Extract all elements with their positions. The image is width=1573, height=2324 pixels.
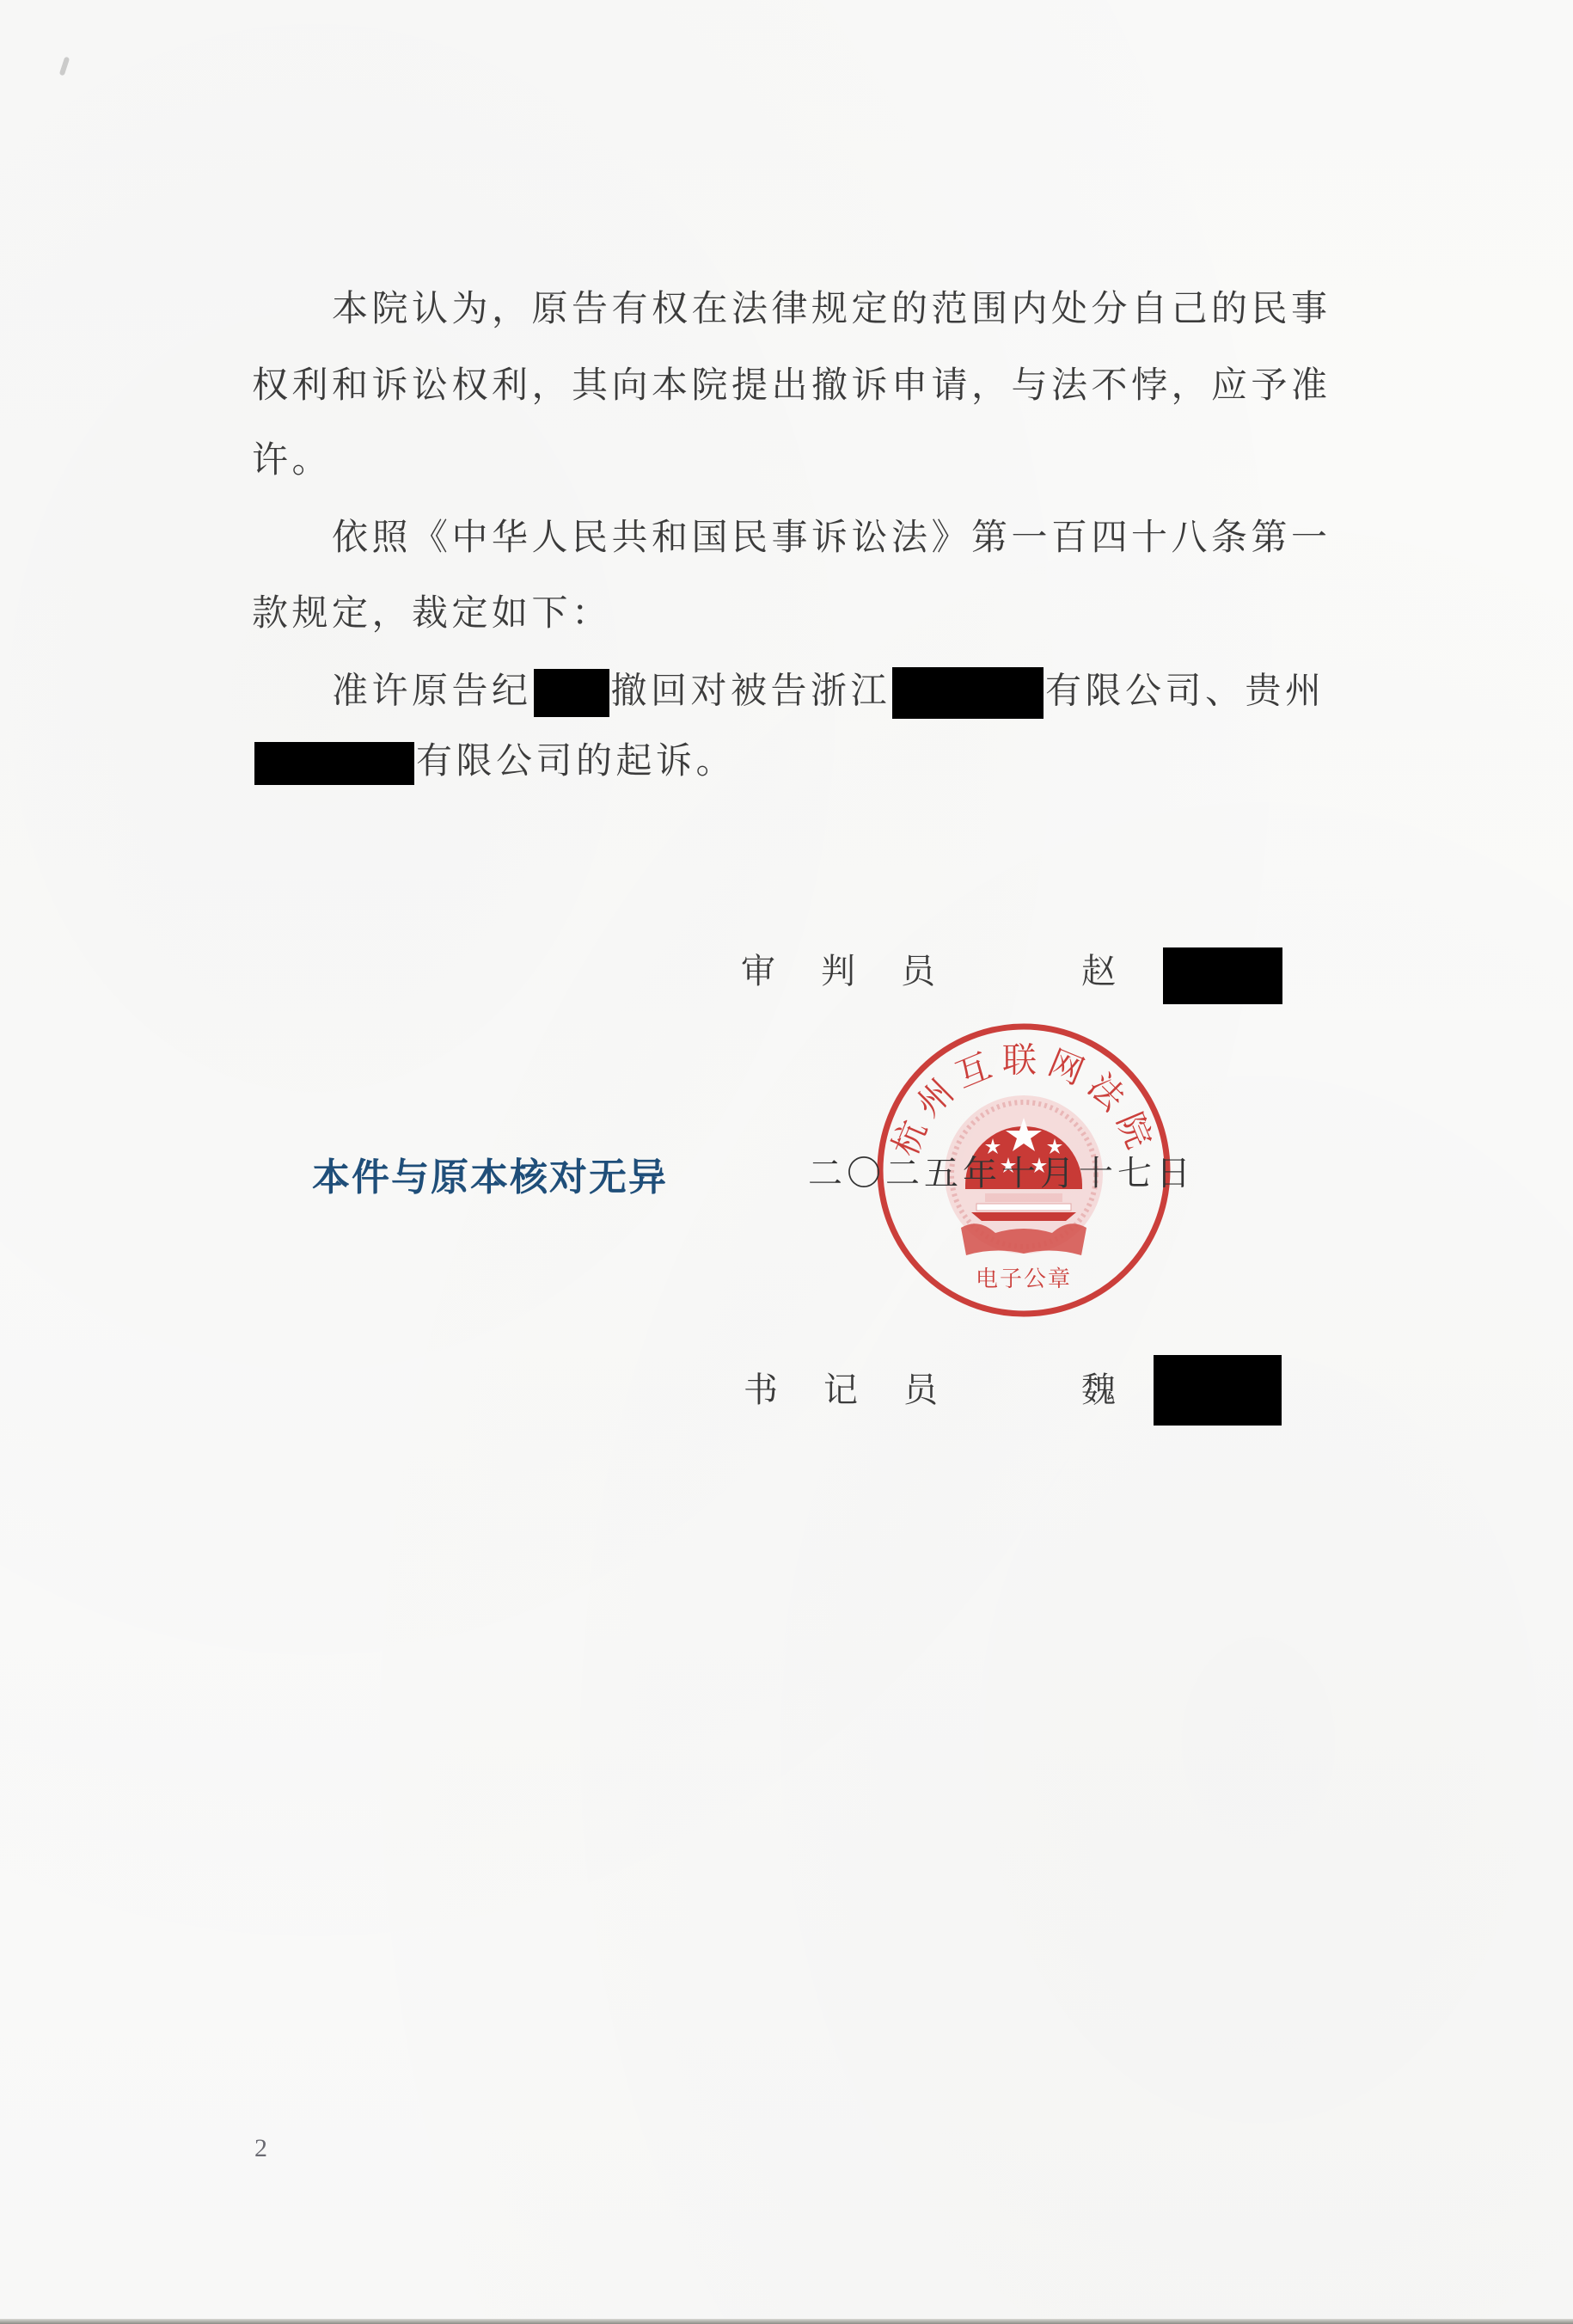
paper-bottom-edge bbox=[0, 2319, 1573, 2324]
page-number: 2 bbox=[254, 2134, 267, 2163]
clerk-label: 书记员 bbox=[744, 1369, 983, 1412]
redaction-clerk-name bbox=[1154, 1355, 1282, 1426]
judge-label-char: 判 bbox=[821, 950, 901, 993]
redaction-judge-name bbox=[1163, 947, 1282, 1004]
paragraph-1-line-3: 许。 bbox=[252, 438, 332, 481]
judge-surname: 赵 bbox=[1081, 950, 1116, 993]
redaction-defendant-2 bbox=[254, 742, 414, 785]
certification-stamp: 本件与原本核对无异 bbox=[312, 1156, 668, 1200]
clerk-label-char: 记 bbox=[823, 1369, 903, 1412]
judge-label-char: 员 bbox=[901, 950, 981, 993]
ruling-text-withdraw: 撤回对被告浙江 bbox=[611, 670, 891, 712]
judge-label: 审判员 bbox=[741, 950, 981, 993]
paper-speck bbox=[59, 57, 70, 77]
ruling-date: 二〇二五年十月十七日 bbox=[808, 1152, 1195, 1195]
paragraph-1-line-1: 本院认为，原告有权在法律规定的范围内处分自己的民事 bbox=[332, 287, 1331, 330]
seal-bottom-text: 电子公章 bbox=[976, 1266, 1072, 1292]
paragraph-2-line-1: 依照《中华人民共和国民事诉讼法》第一百四十八条第一 bbox=[332, 516, 1331, 559]
clerk-surname: 魏 bbox=[1081, 1369, 1116, 1412]
paragraph-1-line-2: 权利和诉讼权利，其向本院提出撤诉申请，与法不悖，应予准 bbox=[252, 364, 1331, 407]
clerk-label-char: 员 bbox=[903, 1369, 983, 1412]
redaction-plaintiff-name bbox=[534, 669, 609, 717]
ruling-text-plaintiff: 准许原告纪 bbox=[332, 670, 532, 712]
judge-label-char: 审 bbox=[741, 950, 821, 993]
ruling-line-2: 有限公司的起诉。 bbox=[252, 739, 736, 785]
ruling-text-company-1: 有限公司、贵州 bbox=[1045, 670, 1325, 712]
ruling-line-1: 准许原告纪撤回对被告浙江有限公司、贵州 bbox=[332, 667, 1325, 719]
ruling-text-company-2: 有限公司的起诉。 bbox=[416, 739, 736, 782]
redaction-defendant-1 bbox=[892, 667, 1044, 719]
paragraph-2-line-2: 款规定，裁定如下： bbox=[252, 592, 612, 635]
clerk-label-char: 书 bbox=[744, 1369, 823, 1412]
document-page: 本院认为，原告有权在法律规定的范围内处分自己的民事 权利和诉讼权利，其向本院提出… bbox=[0, 0, 1573, 2324]
